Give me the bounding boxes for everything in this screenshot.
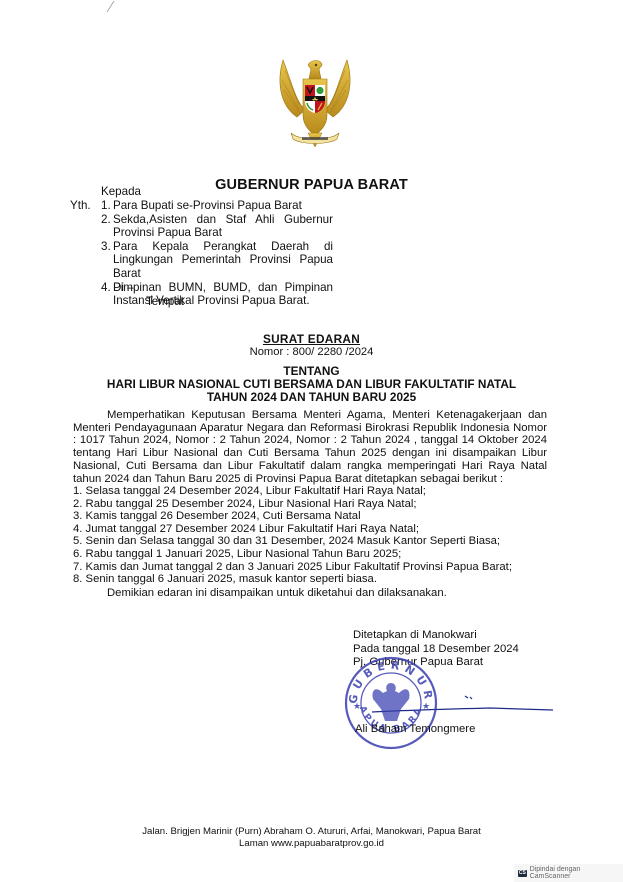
svg-text:★: ★ bbox=[353, 701, 361, 711]
scan-artifact bbox=[103, 0, 115, 14]
addressee-yth: Yth. bbox=[70, 199, 91, 213]
addressee-kepada: Kepada bbox=[101, 185, 141, 199]
recipient-list: 1. Para Bupati se-Provinsi Papua Barat 2… bbox=[101, 199, 333, 308]
garuda-emblem-icon bbox=[275, 55, 355, 160]
holiday-item: 1. Selasa tanggal 24 Desember 2024, Libu… bbox=[73, 485, 553, 498]
holiday-item: 8. Senin tanggal 6 Januari 2025, masuk k… bbox=[73, 573, 553, 586]
signer-name: Ali Baham Temongmere bbox=[355, 723, 475, 735]
addressee-tempat: Tempat bbox=[146, 295, 184, 309]
holiday-item: 3. Kamis tanggal 26 Desember 2024, Cuti … bbox=[73, 510, 553, 523]
body-intro-paragraph: Memperhatikan Keputusan Bersama Menteri … bbox=[73, 409, 547, 485]
official-stamp: GUBERNUR PAPUA BARAT ★ ★ bbox=[343, 655, 439, 751]
recipient-item: 2. Sekda,Asisten dan Staf Ahli Gubernur … bbox=[101, 213, 333, 240]
holiday-item: 7. Kamis dan Jumat tanggal 2 dan 3 Janua… bbox=[73, 561, 553, 574]
circular-subject-line1: HARI LIBUR NASIONAL CUTI BERSAMA DAN LIB… bbox=[0, 377, 623, 391]
circular-tentang: TENTANG bbox=[0, 364, 623, 378]
signature-place: Ditetapkan di Manokwari bbox=[353, 629, 477, 643]
watermark-text: Dipindai dengan CamScanner bbox=[530, 866, 619, 880]
addressee-di: Di – bbox=[113, 281, 134, 295]
camscanner-icon: CS bbox=[518, 870, 527, 877]
footer-address: Jalan. Brigjen Marinir (Purn) Abraham O.… bbox=[0, 826, 623, 837]
recipient-item: 1. Para Bupati se-Provinsi Papua Barat bbox=[101, 199, 333, 213]
holiday-item: 2. Rabu tanggal 25 Desember 2024, Libur … bbox=[73, 498, 553, 511]
holiday-item: 6. Rabu tanggal 1 Januari 2025, Libur Na… bbox=[73, 548, 553, 561]
svg-text:★: ★ bbox=[422, 701, 430, 711]
closing-sentence: Demikian edaran ini disampaikan untuk di… bbox=[107, 587, 447, 599]
circular-subject-line2: TAHUN 2024 DAN TAHUN BARU 2025 bbox=[0, 390, 623, 404]
holiday-item: 4. Jumat tanggal 27 Desember 2024 Libur … bbox=[73, 523, 553, 536]
holiday-list: 1. Selasa tanggal 24 Desember 2024, Libu… bbox=[73, 485, 553, 586]
circular-number: Nomor : 800/ 2280 /2024 bbox=[0, 346, 623, 358]
recipient-item: 4. Pimpinan BUMN, BUMD, dan Pimpinan Ins… bbox=[101, 281, 333, 308]
recipient-item: 3. Para Kepala Perangkat Daerah di Lingk… bbox=[101, 240, 333, 281]
footer-website: Laman www.papuabaratprov.go.id bbox=[0, 838, 623, 849]
camscanner-watermark: CS Dipindai dengan CamScanner bbox=[514, 864, 623, 882]
letterhead-title: GUBERNUR PAPUA BARAT bbox=[0, 177, 623, 193]
holiday-item: 5. Senin dan Selasa tanggal 30 dan 31 De… bbox=[73, 535, 553, 548]
circular-title: SURAT EDARAN bbox=[0, 332, 623, 346]
